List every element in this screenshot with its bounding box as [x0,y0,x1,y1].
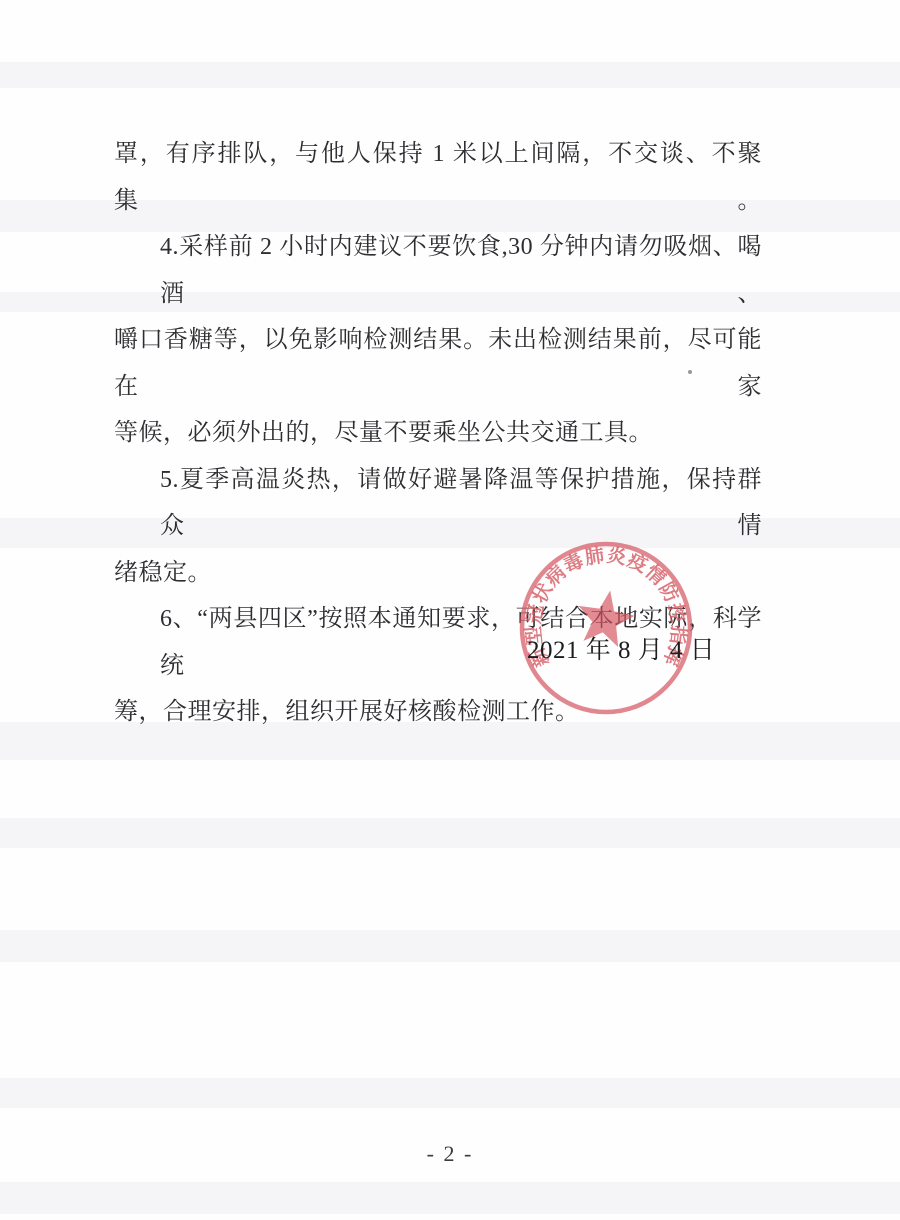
scan-artifact-band [0,818,900,848]
scan-artifact-band [0,1182,900,1214]
document-page: 罩，有序排队，与他人保持 1 米以上间隔，不交谈、不聚集。 4.采样前 2 小时… [0,0,900,1220]
page-number: - 2 - [0,1141,900,1167]
official-seal: 市新型冠状病毒肺炎疫情防控指挥部 [518,538,698,720]
body-line: 5.夏季高温炎热，请做好避暑降温等保护措施，保持群众情 [114,457,762,550]
scan-artifact-band [0,62,900,88]
scan-artifact-band [0,930,900,962]
body-line: 嚼口香糖等，以免影响检测结果。未出检测结果前，尽可能在家 [114,317,762,410]
body-line: 罩，有序排队，与他人保持 1 米以上间隔，不交谈、不聚集。 [114,131,762,224]
issue-date: 2021 年 8 月 4 日 [527,630,715,666]
body-line: 等候，必须外出的，尽量不要乘坐公共交通工具。 [114,410,762,457]
scan-artifact-band [0,1078,900,1108]
body-line: 4.采样前 2 小时内建议不要饮食,30 分钟内请勿吸烟、喝酒、 [114,224,762,317]
